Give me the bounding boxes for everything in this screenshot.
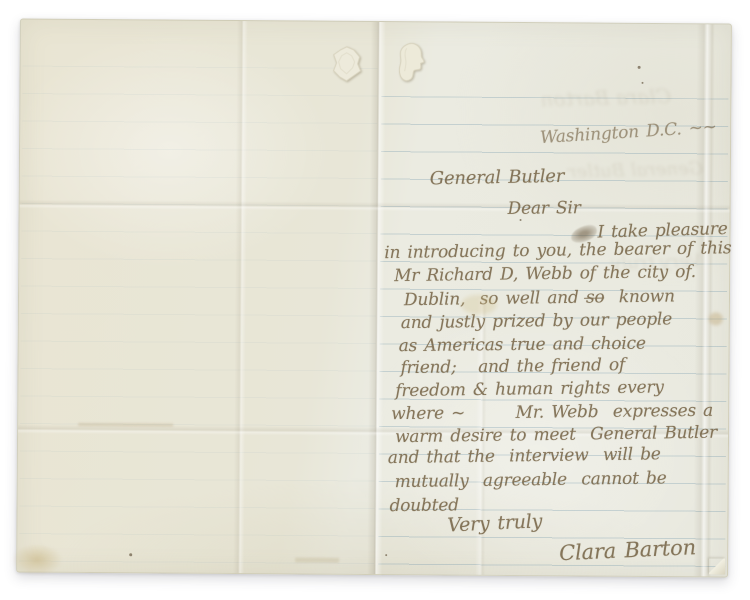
closing-line: Very truly: [447, 511, 543, 537]
body-line: freedom & human rights every: [395, 378, 664, 401]
body-line: friend; and the friend of: [400, 356, 625, 379]
bottom-smear: [295, 557, 339, 562]
ink-speck: [642, 82, 644, 84]
body-line: where ~ Mr. Webb expresses a: [391, 402, 713, 425]
body-line: as Americas true and choice: [399, 335, 646, 357]
body-line: Dublin, so well and s̶o̶ known: [404, 287, 675, 310]
corner-curl: [709, 558, 725, 574]
embossed-profile-head-stamp: [394, 41, 426, 85]
right-edge-crease: [693, 24, 715, 576]
embossed-crest-stamp: [329, 44, 363, 84]
body-line: mutually agreeable cannot be: [395, 469, 667, 492]
body-line: and justly prized by our people: [401, 310, 673, 333]
body-line: and that the interview will be: [388, 445, 661, 468]
letter-sheet: Clara Barton General Butler Very truly W…: [16, 19, 732, 578]
ink-showthrough: Clara Barton: [540, 84, 671, 112]
salutation-line: Dear Sir: [508, 199, 581, 219]
letter-photo: Clara Barton General Butler Very truly W…: [0, 0, 750, 600]
ink-speck: [638, 66, 641, 69]
blank-left-page: [17, 20, 380, 574]
ink-speck: [385, 554, 387, 556]
ink-showthrough: General Butler: [568, 158, 704, 183]
ink-speck: [520, 219, 522, 221]
addressee-line: General Butler: [430, 167, 565, 190]
ruled-lines-showthrough: [19, 66, 377, 569]
ink-speck: [129, 553, 132, 556]
